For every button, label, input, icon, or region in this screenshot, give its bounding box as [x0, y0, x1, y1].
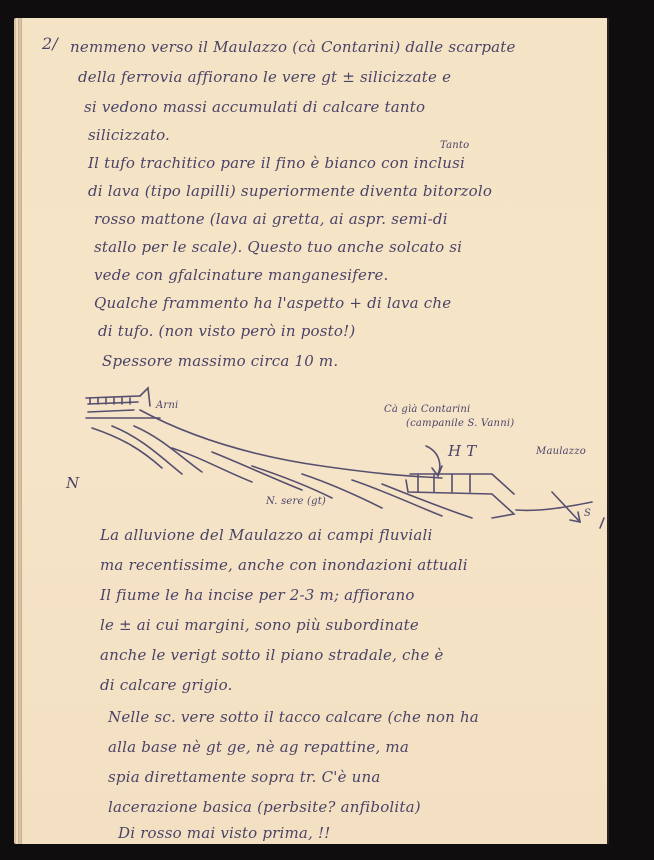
text-line-15: Il fiume le ha incise per 2-3 m; affiora… — [100, 586, 415, 604]
text-line-16: le ± ai cui margini, sono più subordinat… — [100, 616, 419, 634]
text-line-23: Di rosso mai visto prima, !! — [118, 824, 330, 842]
notebook-page: 2/ nemmeno verso il Maulazzo (cà Contari… — [22, 18, 607, 844]
text-line-22: lacerazione basica (perbsite? anfibolita… — [108, 798, 421, 816]
text-line-18: di calcare grigio. — [100, 676, 233, 694]
text-line-21: spia direttamente sopra tr. C'è una — [108, 768, 381, 786]
sketch-label-center: N. sere (gt) — [266, 496, 326, 507]
sketch-label-contarini: Cà gìà Contarini — [384, 404, 470, 415]
text-line-14: ma recentissime, anche con inondazioni a… — [100, 556, 468, 574]
sketch-label-maulazzo: Maulazzo — [536, 446, 586, 457]
text-line-19: Nelle sc. vere sotto il tacco calcare (c… — [108, 708, 479, 726]
sketch-label-ht: H T — [448, 442, 476, 460]
text-line-13: La alluvione del Maulazzo ai campi fluvi… — [100, 526, 433, 544]
sketch-label-south: S — [584, 508, 591, 519]
sketch-label-north: N — [66, 474, 79, 492]
sketch-label-arni: Arni — [156, 400, 178, 411]
text-line-20: alla base nè gt ge, nè ag repattine, ma — [108, 738, 409, 756]
text-line-17: anche le verigt sotto il piano stradale,… — [100, 646, 444, 664]
sketch-label-campanile: (campanile S. Vanni) — [406, 418, 514, 429]
